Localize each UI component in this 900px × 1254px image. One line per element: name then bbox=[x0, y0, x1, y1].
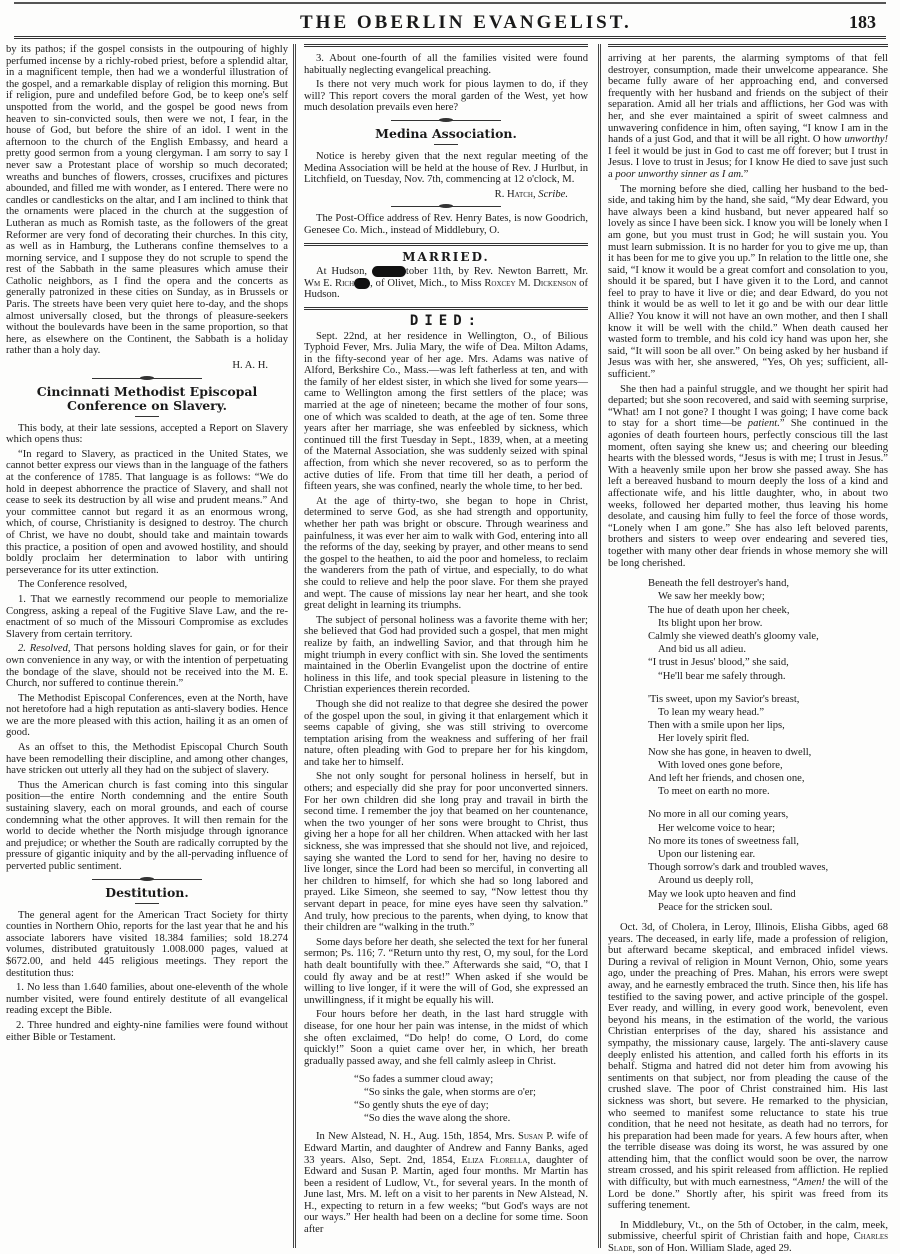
destitution-closing: Is there not very much work for pious la… bbox=[304, 79, 588, 114]
married-heading: MARRIED. bbox=[304, 252, 588, 264]
short-divider bbox=[434, 144, 458, 145]
obituary-martin: In New Alstead, N. H., Aug. 15th, 1854, … bbox=[304, 1131, 588, 1235]
column-middle: 3. About one-fourth of all the families … bbox=[304, 44, 588, 1239]
poem-line: To lean my weary head.” bbox=[648, 706, 888, 719]
poem-line: 'Tis sweet, upon my Savior's breast, bbox=[648, 693, 888, 706]
page-number: 183 bbox=[849, 12, 876, 33]
article-heading-destitution: Destitution. bbox=[6, 886, 288, 900]
gibbs-text-a: Oct. 3d, of Cholera, in Leroy, Illinois,… bbox=[608, 922, 888, 1188]
poem-line: Upon our listening ear. bbox=[648, 848, 888, 861]
section-rule bbox=[304, 307, 588, 310]
top-rule bbox=[304, 44, 588, 47]
died-heading: DIED: bbox=[304, 316, 588, 328]
poem-line: “I trust in Jesus' blood,” she said, bbox=[648, 656, 888, 669]
poem-line: Now she has gone, in heaven to dwell, bbox=[648, 746, 888, 759]
resolution-2: 2. Resolved, That persons holding slaves… bbox=[6, 643, 288, 689]
poem-line: Her welcome voice to hear; bbox=[648, 822, 888, 835]
poem-line: Peace for the stricken soul. bbox=[648, 901, 888, 914]
obituary-gibbs: Oct. 3d, of Cholera, in Leroy, Illinois,… bbox=[608, 922, 888, 1212]
memorial-poem: Beneath the fell destroyer's hand, We sa… bbox=[648, 577, 888, 914]
conference-para-2: As an offset to this, the Methodist Epis… bbox=[6, 742, 288, 777]
martin-cont-text: arriving at her parents, the alarming sy… bbox=[608, 53, 888, 145]
groom-name: Wm E. Rich bbox=[304, 278, 354, 289]
column-left: by its pathos; if the gospel consists in… bbox=[6, 44, 288, 1046]
medina-signature-role: Scribe. bbox=[538, 189, 568, 200]
verse-line: “So sinks the gale, when storms are o'er… bbox=[354, 1086, 588, 1099]
martin-cont-italic: patient. bbox=[748, 418, 780, 429]
conference-para-1: The Methodist Episcopal Conferences, eve… bbox=[6, 693, 288, 739]
poem-line: Her lovely spirit fled. bbox=[648, 732, 888, 745]
poem-line: With loved ones gone before, bbox=[648, 759, 888, 772]
poem-line: And left her friends, and chosen one, bbox=[648, 772, 888, 785]
bride-name: Roxcey M. Dickenson bbox=[484, 278, 576, 289]
martin-name-susan: Susan P. bbox=[518, 1131, 554, 1142]
short-divider bbox=[135, 416, 159, 417]
martin-cont-italic: poor unworthy sinner as I am. bbox=[615, 169, 743, 180]
obituary-adams-p1: Sept. 22nd, at her residence in Wellingt… bbox=[304, 331, 588, 493]
obituary-slade: In Middlebury, Vt., on the 5th of Octobe… bbox=[608, 1220, 888, 1254]
poem-line: No more in all our coming years, bbox=[648, 808, 888, 821]
column-right: arriving at her parents, the alarming sy… bbox=[608, 44, 888, 1254]
gibbs-italic: Amen! bbox=[797, 1177, 825, 1188]
martin-continuation-2: The morning before she died, calling her… bbox=[608, 184, 888, 381]
ornamental-divider bbox=[391, 120, 501, 121]
poem-line: The hue of death upon her cheek, bbox=[648, 604, 888, 617]
stanza-gap bbox=[648, 798, 888, 808]
article-heading-medina: Medina Association. bbox=[304, 127, 588, 141]
martin-cont-text: ” bbox=[744, 169, 749, 180]
obituary-adams-p3: The subject of personal holiness was a f… bbox=[304, 615, 588, 696]
married-text-a: At Hudson, bbox=[316, 266, 367, 277]
married-notice: At Hudson, tober 11th, by Rev. Newton Ba… bbox=[304, 266, 588, 301]
poem-line: Then with a smile upon her lips, bbox=[648, 719, 888, 732]
top-rule bbox=[608, 44, 888, 47]
ink-blot bbox=[354, 278, 370, 289]
destitution-item-1: 1. No less than 1.640 families, about on… bbox=[6, 982, 288, 1017]
ornamental-divider bbox=[92, 879, 202, 880]
martin-name-eliza: Eliza Florella, bbox=[461, 1155, 530, 1166]
poem-line: To meet on earth no more. bbox=[648, 785, 888, 798]
poem-line: No more its tones of sweetness fall, bbox=[648, 835, 888, 848]
martin-cont-text: ” She continued in the agonies of death … bbox=[608, 418, 888, 568]
martin-text-c: daughter of Edward and Susan P. Martin, … bbox=[304, 1155, 588, 1236]
post-office-notice: The Post-Office address of Rev. Henry Ba… bbox=[304, 213, 588, 236]
martin-cont-italic: unworthy! bbox=[844, 134, 888, 145]
poem-line: Though sorrow's dark and troubled waves, bbox=[648, 861, 888, 874]
verse-line: “So fades a summer cloud away; bbox=[354, 1073, 588, 1086]
obituary-adams-p5: She not only sought for personal holines… bbox=[304, 771, 588, 933]
poem-line: Calmly she viewed death's gloomy vale, bbox=[648, 630, 888, 643]
poem-line: And bid us all adieu. bbox=[648, 643, 888, 656]
obituary-adams-p4: Though she did not realize to that degre… bbox=[304, 699, 588, 769]
conference-intro: This body, at their late sessions, accep… bbox=[6, 423, 288, 446]
poem-line: Beneath the fell destroyer's hand, bbox=[648, 577, 888, 590]
martin-continuation-3: She then had a painful struggle, and we … bbox=[608, 384, 888, 570]
married-text-c: , of Olivet, Mich., to Miss bbox=[370, 278, 481, 289]
column-divider-left bbox=[293, 44, 296, 1248]
conference-para-3: Thus the American church is fast coming … bbox=[6, 780, 288, 873]
poem-line: We saw her meekly bow; bbox=[648, 590, 888, 603]
verse-line: “So gently shuts the eye of day; bbox=[354, 1099, 588, 1112]
ink-blot bbox=[372, 266, 406, 277]
martin-continuation-1: arriving at her parents, the alarming sy… bbox=[608, 53, 888, 181]
column-divider-right bbox=[598, 44, 601, 1248]
letter-signature: H. A. H. bbox=[6, 360, 288, 372]
slade-text-a: In Middlebury, Vt., on the 5th of Octobe… bbox=[608, 1220, 888, 1243]
poem-line: May we look upto heaven and find bbox=[648, 888, 888, 901]
ornamental-divider bbox=[92, 378, 202, 379]
poem-line: Around us deeply roll, bbox=[648, 874, 888, 887]
medina-signature: R. Hatch, Scribe. bbox=[304, 189, 588, 201]
medina-notice: Notice is hereby given that the next reg… bbox=[304, 151, 588, 186]
medina-signature-name: R. Hatch, bbox=[495, 189, 536, 200]
resolution-2-label: 2. Resolved, bbox=[18, 643, 71, 654]
obituary-adams-p2: At the age of thirty-two, she began to h… bbox=[304, 496, 588, 612]
poem-line: “He'll bear me safely through. bbox=[648, 670, 888, 683]
destitution-item-3: 3. About one-fourth of all the families … bbox=[304, 53, 588, 76]
masthead-bottom-rule bbox=[14, 36, 886, 39]
married-text-b: tober 11th, by Rev. Newton Barrett, Mr. bbox=[406, 266, 588, 277]
destitution-intro: The general agent for the American Tract… bbox=[6, 910, 288, 980]
obituary-verse: “So fades a summer cloud away; “So sinks… bbox=[354, 1073, 588, 1125]
slade-text-b: son of Hon. William Slade, aged 29. bbox=[638, 1243, 792, 1254]
destitution-item-2: 2. Three hundred and eighty-nine familie… bbox=[6, 1020, 288, 1043]
obituary-adams-p7: Four hours before her death, in the last… bbox=[304, 1009, 588, 1067]
short-divider bbox=[135, 903, 159, 904]
article-heading-conference: Cincinnati Methodist Episcopal Conferenc… bbox=[6, 385, 288, 413]
verse-line: “So dies the wave along the shore. bbox=[354, 1112, 588, 1125]
obituary-adams-p6: Some days before her death, she selected… bbox=[304, 937, 588, 1007]
section-rule bbox=[304, 243, 588, 246]
martin-text-a: In New Alstead, N. H., Aug. 15th, 1854, … bbox=[316, 1131, 515, 1142]
newspaper-title: THE OBERLIN EVANGELIST. bbox=[300, 12, 632, 34]
masthead-top-rule bbox=[14, 2, 886, 4]
conference-resolved-intro: The Conference resolved, bbox=[6, 579, 288, 591]
poem-line: Its blight upon her brow. bbox=[648, 617, 888, 630]
ornamental-divider bbox=[391, 206, 501, 207]
stanza-gap bbox=[648, 683, 888, 693]
resolution-1: 1. That we earnestly recommend our peopl… bbox=[6, 594, 288, 640]
masthead: THE OBERLIN EVANGELIST. 183 bbox=[0, 0, 900, 42]
conference-quote: “In regard to Slavery, as practiced in t… bbox=[6, 449, 288, 577]
letter-continuation: by its pathos; if the gospel consists in… bbox=[6, 44, 288, 357]
